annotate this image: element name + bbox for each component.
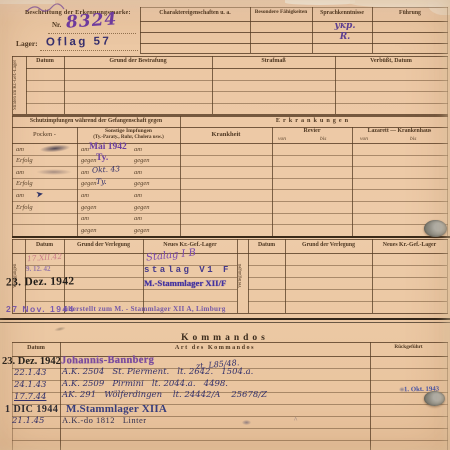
verlegung-col-grund: Grund der Verlegung [285,242,372,248]
impfung-gegen: gegen [134,157,150,164]
rule [372,239,373,313]
lazarett-label: Lazarett — Krankenhaus [352,128,447,134]
rule [248,265,447,266]
rule [48,32,136,34]
impfung-am: am [134,215,142,222]
torn-edge [285,0,355,5]
kommando-date-hw: 17.7.44 [14,393,46,402]
verlegungen-side-label: Verlegungen [238,240,247,312]
rule [12,236,450,238]
kommando-entry-hw: A.K. 2509 Pirmini lt. 2044.a. 4498. [62,380,228,389]
rule [447,56,448,114]
rule [77,127,78,236]
verlegung-col-lager: Neues Kr.-Gef.-Lager [372,242,447,248]
impfung-am: am [81,169,89,176]
verlegung-date-stamp: 23. Dez. 1942 [6,275,75,289]
rule [143,239,144,313]
vaccination-date-hw: Okt. 43 [92,165,120,175]
kommando-date-stamp: 1 DIC 1944 [5,404,58,415]
rule [12,56,448,57]
revier-bis: bis [320,136,326,142]
rule [26,80,448,81]
pocken-label: Pocken - [12,131,77,138]
rule [25,301,237,302]
kommando-place-stamp: Johannis-Bannberg [61,355,154,367]
lazarett-von: von [360,136,368,142]
impfung-am: am [134,146,142,153]
rule [26,91,448,92]
nr-label: Nr. [52,22,61,30]
pow-record-card: Beschriftung der Erkennungsmarke: Nr. 83… [0,0,450,450]
rule [248,289,447,290]
verlegung-date-stamp: 9. 12. 42 [26,266,51,274]
rule [140,32,448,33]
new-camp-stamp: stalag V1 F [144,266,231,276]
hole-punch [424,220,447,237]
impfung-gegen: gegen [81,204,97,211]
rule [12,239,448,240]
rule [272,127,273,236]
new-camp-stamp: M.-Stammlager XII/F [144,279,226,289]
impfung-gegen: gegen [81,180,97,187]
impfungen-title: Schutzimpfungen während der Gefangenscha… [12,118,180,124]
section-rule [0,322,450,323]
sonstige-sublabel: (Ty.-Paraty., Ruhr, Cholera usw.) [77,135,180,141]
rule [26,103,448,104]
section-rule [0,318,450,320]
strafen-col-strafmass: Strafmaß [212,58,335,65]
new-camp-hw: Stalag I B [146,247,197,263]
kommando-date-hw: 22.1.43 [14,369,46,378]
krankheit-label: Krankheit [180,131,272,138]
impfung-am: am [134,192,142,199]
impfung-am: am [81,215,89,222]
erkrankungen-title: Erkrankungen [180,118,447,125]
kommando-date-hw: 21.1.45 [12,417,44,426]
rule [25,289,237,290]
rule [12,116,448,117]
rule [248,301,447,302]
verlegung-col-datum: Datum [25,242,64,248]
rule [12,428,448,429]
sonstige-label: Sonstige Impfungen [77,128,180,134]
kommando-entry-hw: AK. 291 Wölferdingen lt. 24442/A 25678/Z [62,391,267,400]
kommandos-col-rueckgefuehrt: Rückgeführt [370,345,447,351]
rule [248,277,447,278]
rule [212,56,213,114]
impfung-am: am [81,192,89,199]
revier-von: von [278,136,286,142]
rule [140,21,448,22]
erkennungsmarke-number: 8324 [65,10,118,32]
strafen-col-verbuesst: Verbüßt, Datum [335,58,447,65]
kommando-camp-stamp: M.Stammlager XIIA [66,403,167,415]
stamp-mark [399,387,405,392]
ink-smudge [40,144,70,154]
pocken-am: am [16,146,24,153]
pocken-erfolg: Erfolg [16,204,33,211]
impfung-gegen: gegen [134,204,150,211]
vaccination-date-stamp: Mai 1942 [89,142,127,152]
kommandos-col-art: Art des Kommandos [60,345,370,352]
ink-smudge [36,169,72,175]
rule [335,56,336,114]
rule [140,53,448,54]
strafen-col-grund: Grund der Bestrafung [64,58,212,65]
rule [12,440,448,441]
rule [26,56,27,114]
rule [370,342,371,450]
rule [447,239,448,313]
impfung-gegen: gegen [81,157,97,164]
rule [64,56,65,114]
rule [352,127,353,236]
strafen-col-datum: Datum [26,58,64,65]
impfung-gegen: gegen [134,227,150,234]
ink-arrow-mark: ➤ [35,189,44,200]
ink-mark: ^ [294,417,297,425]
lager-stamp: Oflag 57 [46,35,112,49]
kommando-date-hw: 24.1.43 [14,381,46,390]
impfung-am: am [134,169,142,176]
sprachkenntnisse-entry: укр. [318,22,372,32]
verlegung-col-datum: Datum [248,242,285,248]
column-fuehrung: Führung [372,10,448,16]
rule [140,43,448,44]
lazarett-bis: bis [410,136,416,142]
transfer-text-stamp: überstellt zum M. - Stammlager XII A, Li… [64,306,226,314]
verlegung-date: 17.XII.42 [27,253,63,264]
kommando-entry: A.K.-do 1812 Linter [62,416,147,425]
ink-mark [242,420,251,425]
rule [12,342,448,343]
kommando-entry-hw: A.K. 2504 St. Pierment. lt. 2642. 1504.a… [62,368,253,377]
rule [285,239,286,313]
strafen-side-label: Strafen im Kr.-Gef.-Lager [13,57,25,113]
impfung-gegen: gegen [134,180,150,187]
pocken-erfolg: Erfolg [16,180,33,187]
rule [447,116,448,236]
ink-squiggle [26,3,66,13]
pocken-erfolg: Erfolg [16,157,33,164]
impfung-am: am [81,146,89,153]
rule [447,342,448,450]
verlegung-col-grund: Grund der Verlegung [64,242,143,248]
lager-label: Lager: [16,40,38,48]
vaccination-against-stamp: Ty. [96,153,108,163]
column-besondere-faehigkeiten: Besondere Fähigkeiten [250,10,312,16]
pocken-am: am [16,192,24,199]
sprachkenntnisse-entry: R. [318,33,372,43]
kommando-date-stamp: 23. Dez. 1942 [2,356,61,368]
kommandos-col-datum: Datum [12,345,60,352]
column-sprachkenntnisse: Sprachkenntnisse [312,10,372,16]
column-charaktereigenschaften: Charaktereigenschaften u. a. [140,10,250,16]
revier-label: Revier [272,128,352,135]
hole-punch [424,391,445,406]
impfung-gegen: gegen [81,227,97,234]
vaccination-against-hw: Ty. [96,178,107,186]
rule [248,239,249,313]
rule [140,7,448,8]
pocken-am: am [16,169,24,176]
rule [12,253,448,254]
rule [26,68,448,69]
rule [40,49,138,51]
